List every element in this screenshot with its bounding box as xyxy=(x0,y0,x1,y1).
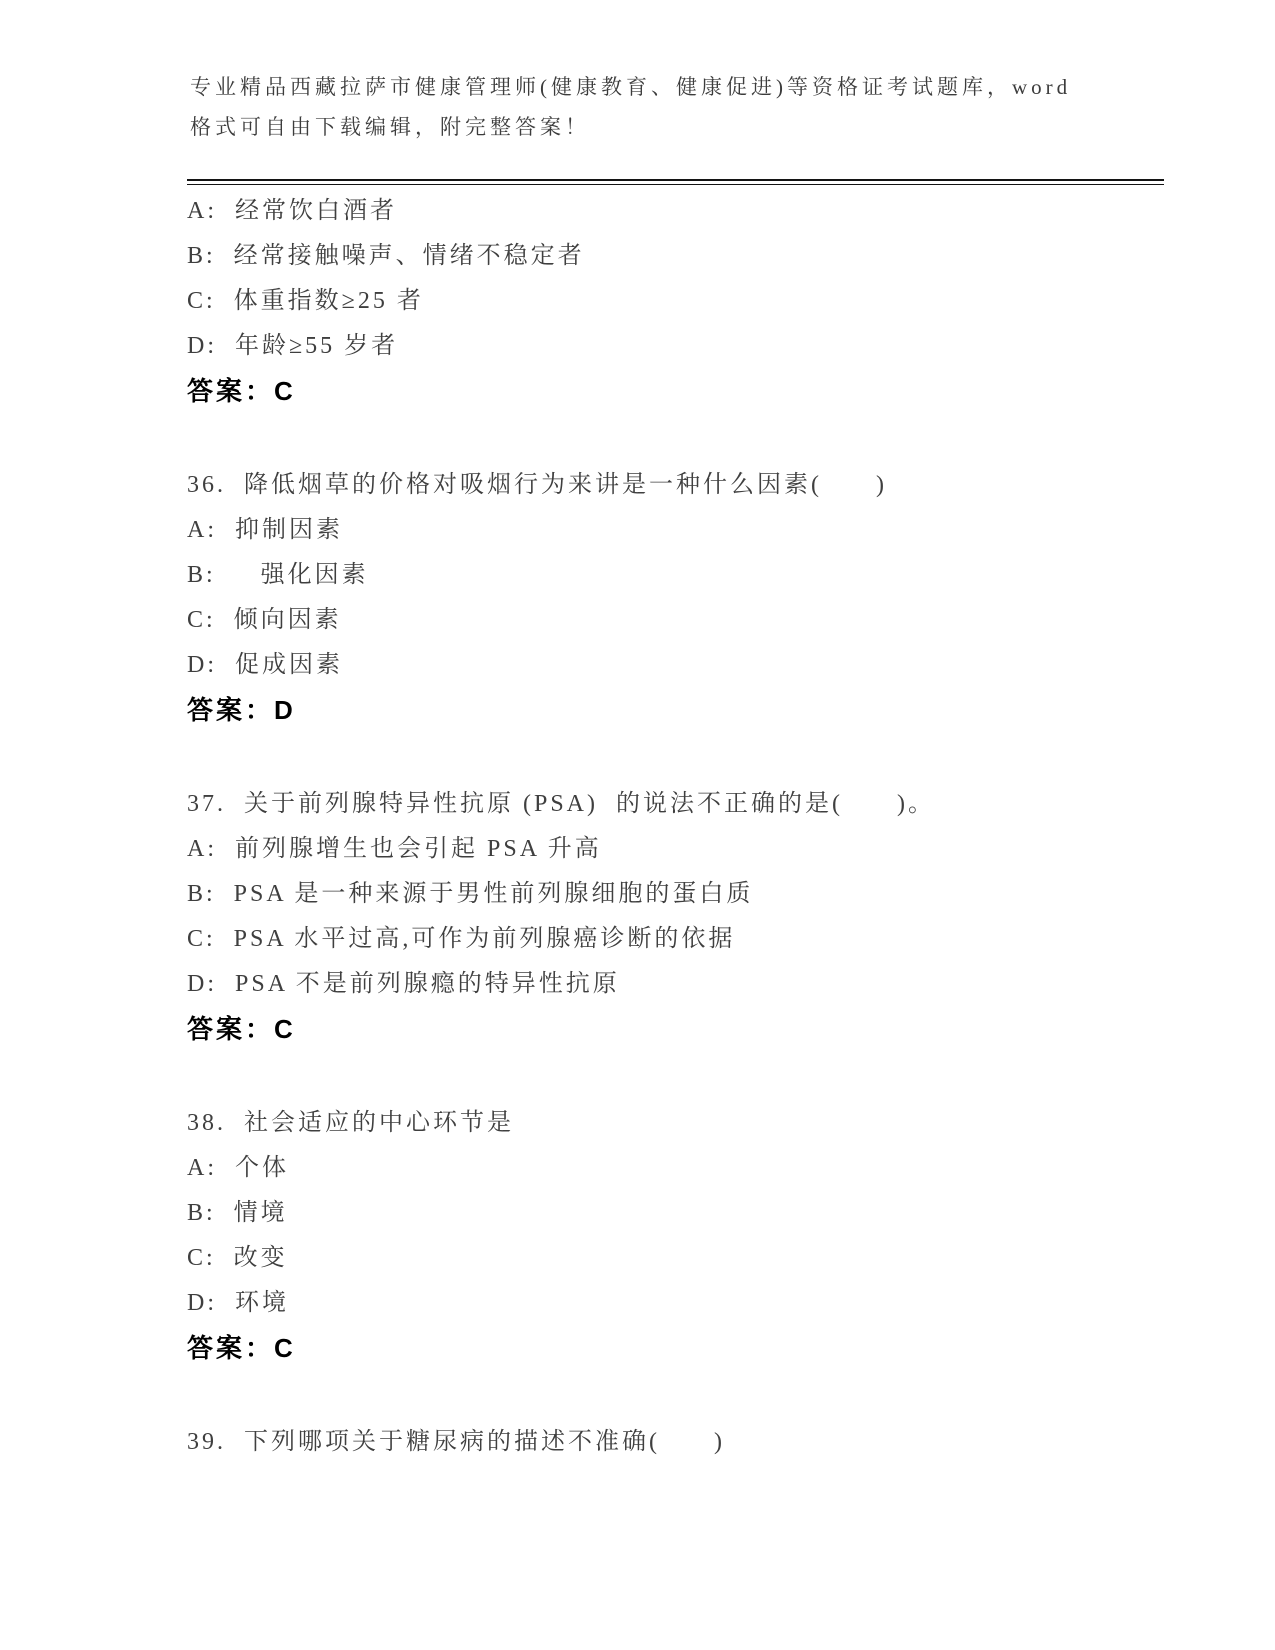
option-line: D: 促成因素 xyxy=(187,643,1197,688)
question-block: 36. 降低烟草的价格对吸烟行为来讲是一种什么因素( ) A: 抑制因素 B: … xyxy=(187,463,1197,733)
answer-line: 答案：C xyxy=(187,1326,1197,1371)
option-line: A: 经常饮白酒者 xyxy=(187,189,1197,234)
document-page: 专业精品西藏拉萨市健康管理师(健康教育、健康促进)等资格证考试题库，word 格… xyxy=(0,0,1275,1650)
question-title: 36. 降低烟草的价格对吸烟行为来讲是一种什么因素( ) xyxy=(187,463,1197,508)
option-line: D: 年龄≥55 岁者 xyxy=(187,324,1197,369)
option-line: C: PSA 水平过高,可作为前列腺癌诊断的依据 xyxy=(187,917,1197,962)
option-line: D: PSA 不是前列腺瘾的特异性抗原 xyxy=(187,962,1197,1007)
option-line: A: 个体 xyxy=(187,1146,1197,1191)
option-line: C: 改变 xyxy=(187,1236,1197,1281)
question-block: 38. 社会适应的中心环节是 A: 个体 B: 情境 C: 改变 D: 环境 答… xyxy=(187,1101,1197,1371)
option-line: A: 抑制因素 xyxy=(187,508,1197,553)
question-list: A: 经常饮白酒者 B: 经常接触噪声、情绪不稳定者 C: 体重指数≥25 者 … xyxy=(187,189,1197,1465)
option-line: C: 体重指数≥25 者 xyxy=(187,279,1197,324)
option-line: B: 经常接触噪声、情绪不稳定者 xyxy=(187,234,1197,279)
question-block: 39. 下列哪项关于糖尿病的描述不准确( ) xyxy=(187,1420,1197,1465)
option-line: B: PSA 是一种来源于男性前列腺细胞的蛋白质 xyxy=(187,872,1197,917)
doc-header: 专业精品西藏拉萨市健康管理师(健康教育、健康促进)等资格证考试题库，word 格… xyxy=(190,67,1190,147)
question-title: 39. 下列哪项关于糖尿病的描述不准确( ) xyxy=(187,1420,1197,1465)
question-title: 37. 关于前列腺特异性抗原 (PSA) 的说法不正确的是( )。 xyxy=(187,782,1197,827)
header-text-line-1: 专业精品西藏拉萨市健康管理师(健康教育、健康促进)等资格证考试题库，word xyxy=(190,67,1190,107)
question-title: 38. 社会适应的中心环节是 xyxy=(187,1101,1197,1146)
answer-line: 答案：C xyxy=(187,1007,1197,1052)
header-text-line-2: 格式可自由下载编辑，附完整答案！ xyxy=(190,107,1190,147)
option-line: A: 前列腺增生也会引起 PSA 升高 xyxy=(187,827,1197,872)
question-block: 37. 关于前列腺特异性抗原 (PSA) 的说法不正确的是( )。 A: 前列腺… xyxy=(187,782,1197,1052)
answer-line: 答案：C xyxy=(187,369,1197,414)
option-line: B: 情境 xyxy=(187,1191,1197,1236)
question-block: A: 经常饮白酒者 B: 经常接触噪声、情绪不稳定者 C: 体重指数≥25 者 … xyxy=(187,189,1197,414)
option-line: C: 倾向因素 xyxy=(187,598,1197,643)
option-line: B: 强化因素 xyxy=(187,553,1197,598)
answer-line: 答案：D xyxy=(187,688,1197,733)
header-divider-rule xyxy=(187,179,1164,185)
option-line: D: 环境 xyxy=(187,1281,1197,1326)
